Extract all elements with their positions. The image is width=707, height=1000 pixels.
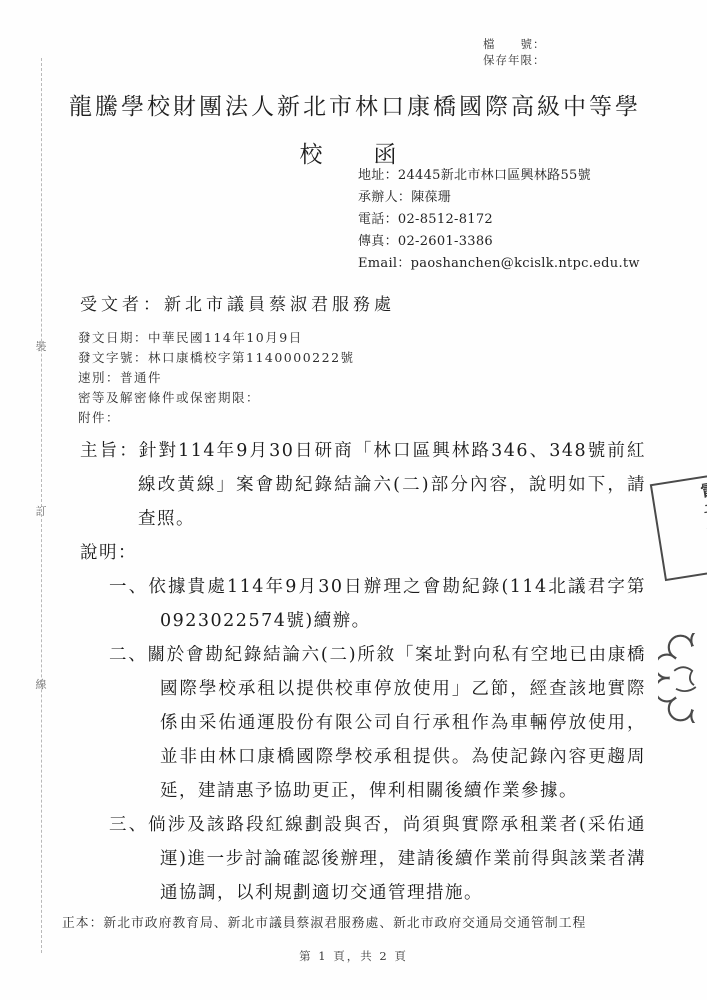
contact-person: 承辦人：陳葆珊 (358, 187, 653, 209)
electronic-stamp-text: 電子文騎 (696, 480, 707, 566)
document-title: 龍騰學校財團法人新北市林口康橋國際高級中等學 校 函 (55, 88, 655, 169)
item-number: 三、 (109, 815, 148, 835)
file-number-label: 檔 號： (483, 36, 546, 52)
official-letter-page: 裝 訂 線 檔 號： 保存年限： 龍騰學校財團法人新北市林口康橋國際高級中等學 … (0, 0, 707, 1000)
description-item-3: 三、倘涉及該路段紅線劃設與否，尚須與實際承租業者(采佑通運)進一步討論確認後辦理… (109, 808, 646, 910)
recipient-line: 受文者：新北市議員蔡淑君服務處 (80, 290, 395, 315)
reference-number: 發文字號：林口康橋校字第1140000222號 (78, 348, 355, 368)
phone-number: 電話：02-8512-8172 (358, 209, 653, 231)
sender-address: 地址：24445新北市林口區興林路55號 (358, 165, 653, 187)
email-address: Email：paoshanchen@kcislk.ntpc.edu.tw (358, 253, 653, 275)
attachment-label: 附件： (78, 408, 355, 428)
issue-date: 發文日期：中華民國114年10月9日 (78, 328, 355, 348)
subject-text: 針對114年9月30日研商「林口區興林路346、348號前紅線改黃線」案會勘紀錄… (138, 441, 646, 529)
letter-body: 主旨：針對114年9月30日研商「林口區興林路346、348號前紅線改黃線」案會… (80, 434, 646, 910)
speed-class: 速別：普通件 (78, 368, 355, 388)
binding-mark-ding: 訂 (33, 503, 49, 519)
binding-mark-zhuang: 裝 (33, 338, 49, 354)
item-text: 關於會勘紀錄結論六(二)所敘「案址對向私有空地已由康橋國際學校承租以提供校車停放… (148, 645, 646, 801)
subject-label: 主旨： (80, 441, 139, 461)
item-number: 一、 (109, 577, 148, 597)
security-class: 密等及解密條件或保密期限： (78, 388, 355, 408)
archive-label-block: 檔 號： 保存年限： (483, 36, 546, 68)
item-text: 依據貴處114年9月30日辦理之會勘紀錄(114北議君字第0923022574號… (148, 577, 646, 631)
page-number-footer: 第 1 頁，共 2 頁 (0, 948, 707, 964)
electronic-exchange-stamp: 電子文騎 (650, 473, 707, 581)
item-number: 二、 (109, 645, 148, 665)
document-title-line1: 龍騰學校財團法人新北市林口康橋國際高級中等學 (69, 94, 641, 120)
description-item-2: 二、關於會勘紀錄結論六(二)所敘「案址對向私有空地已由康橋國際學校承租以提供校車… (109, 638, 646, 808)
copy-to-line: 正本：新北市政府教育局、新北市議員蔡淑君服務處、新北市政府交通局交通管制工程 (62, 912, 707, 931)
document-meta-block: 發文日期：中華民國114年10月9日 發文字號：林口康橋校字第114000022… (78, 328, 355, 428)
item-text: 倘涉及該路段紅線劃設與否，尚須與實際承租業者(采佑通運)進一步討論確認後辦理，建… (148, 815, 646, 903)
sender-contact-block: 地址：24445新北市林口區興林路55號 承辦人：陳葆珊 電話：02-8512-… (358, 165, 653, 275)
binding-mark-xian: 線 (33, 676, 49, 692)
description-item-1: 一、依據貴處114年9月30日辦理之會勘紀錄(114北議君字第092302257… (109, 570, 646, 638)
subject-paragraph: 主旨：針對114年9月30日研商「林口區興林路346、348號前紅線改黃線」案會… (80, 434, 646, 536)
description-label: 說明： (80, 536, 646, 570)
fax-number: 傳真：02-2601-3386 (358, 231, 653, 253)
retention-period-label: 保存年限： (483, 52, 546, 68)
partial-seal-icon (658, 633, 707, 723)
